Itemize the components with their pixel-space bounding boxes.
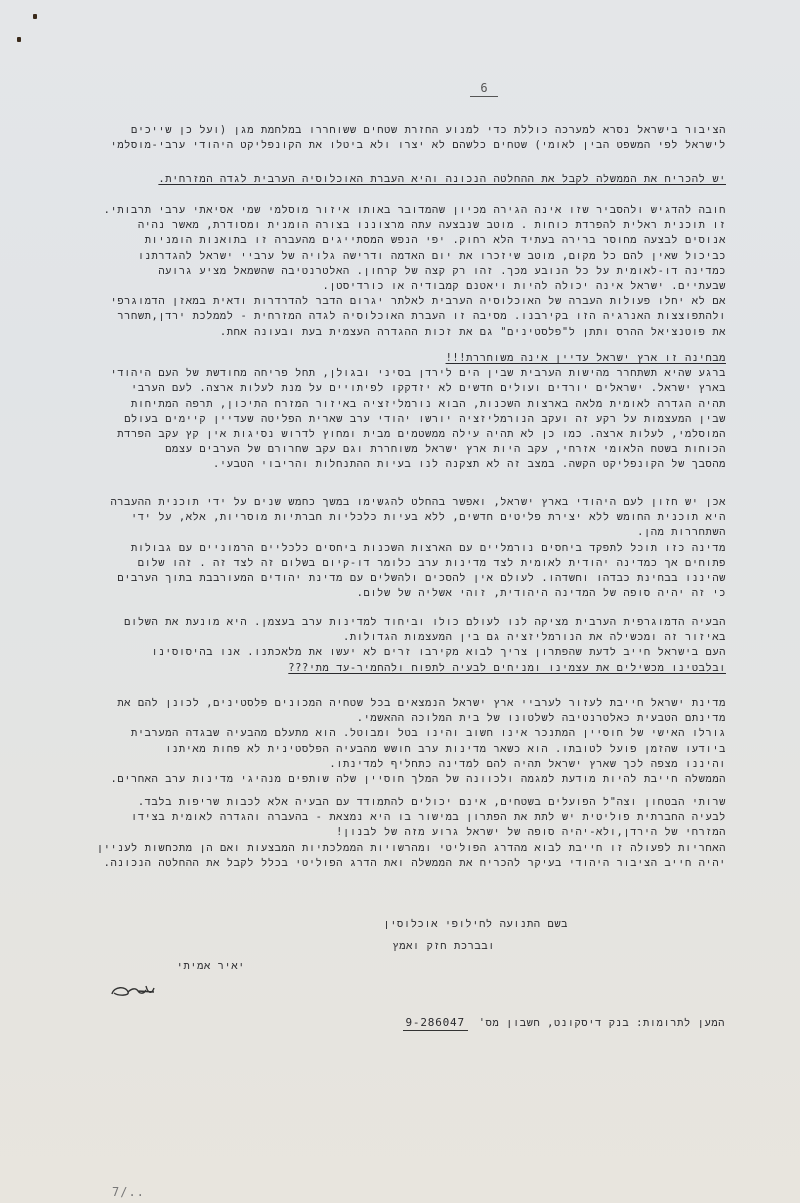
text-line: באיזור זה ומכשילה את הנורמליזציה גם בין … [80,630,726,645]
text-line: לישראל לפי המשפט הבין לאומי) שטחים כלשהם… [80,138,726,153]
text-line: שבעתיים. ישראל אינה יכולה להיות ויאטנם ק… [80,279,726,294]
text-line: היא תוכנית החומש ללא יצירת פליטים חדשים,… [80,510,726,525]
paragraph-6: הבעיה הדמוגרפית הערבית מציקה לנו לעולם כ… [80,615,726,676]
text-line: את פוטנציאל ההרס ותתן ל"פלסטינים" גם את … [80,325,726,340]
donation-label: המען לתרומות: בנק דיסקונט, חשבון מס' [479,1017,725,1029]
text-line: מדינתם הטבעית כאלטרנטיבה לשלטונו של בית … [80,711,726,726]
text-line: הבעיה הדמוגרפית הערבית מציקה לנו לעולם כ… [80,615,726,630]
text-line: יהיה חייב הציבור היהודי בעיקר להכריח את … [80,856,726,871]
text-line: המוסלמי, לעלות ארצה. כמו כן לא תהיה עילה… [80,427,726,442]
text-line: מדינה כזו תוכל לתפקד ביחסים נורמליים עם … [80,541,726,556]
text-line: חובה להדגיש ולהסביר שזו אינה הגירה מכיון… [80,203,726,218]
text-line: המזרחי של הירדן,ולא-יהיה סופה של ישראל ג… [80,825,726,840]
paragraph-4: מבחינה זו ארץ ישראל עדיין אינה משוחררת!!… [80,351,726,473]
document-page: 6 הציבור בישראל נסרא למערכה כוללת כדי למ… [0,0,800,1203]
text-line: הכוחות בשטח הלאומי אזרחי, עקב היות ארץ י… [80,442,726,457]
text-line: ברגע שהיא תשתחרר מהישות הערבית שבין הים … [80,366,726,381]
text-line: העם בישראל חייב לדעת שהפתרון צריך לבוא מ… [80,645,726,660]
paragraph-3: חובה להדגיש ולהסביר שזו אינה הגירה מכיון… [80,203,726,340]
text-line: והיננו מצפה לכך שארץ ישראל תהיה להם למדי… [80,757,726,772]
text-line: שהיננו בבחינת כבדהו וחשדהו. לעולם אין לה… [80,571,726,586]
paragraph-1: הציבור בישראל נסרא למערכה כוללת כדי למנו… [80,123,726,153]
continuation-marker: 7/.. [112,1185,145,1199]
text-line: האחריות לפעולה זו חייבת לבוא מהדרג הפולי… [80,841,726,856]
staple-mark-icon [17,37,21,42]
blessing-line: ובברכת חזק ואמץ [392,940,495,953]
text-line: ולהתפוצצות האנרגיה הזו בקירבנו. מסיבה זו… [80,309,726,324]
text-line: הממשלה חייבת להיות מודעת למגמה ולכוונה ש… [80,772,726,787]
paragraph-5: אכן יש חזון לעם היהודי בארץ ישראל, ואפשר… [80,495,726,601]
text-line: אנוסים לבצעה מחוסר ברירה בעתיד הלא רחוק.… [80,233,726,248]
section-heading: מבחינה זו ארץ ישראל עדיין אינה משוחררת!!… [80,351,726,366]
paragraph-2-underlined: יש להכריח את הממשלה לקבל את ההחלטה הנכונ… [80,172,726,187]
text-line: שרותי הבטחון וצה"ל הפועלים בשטחים, אינם … [80,795,726,810]
text-line: גורלו האישי של חוסיין המתנכר אינו חשוב ו… [80,726,726,741]
paragraph-7: מדינת ישראל חייבת לעזור לערביי ארץ ישראל… [80,696,726,787]
page-number: 6 [470,80,498,97]
text-line-underlined: ובלבטינו מכשילים את עצמינו ומניחים לבעיה… [80,661,726,676]
text-line: כביכול שאין להם כל מקום, מוטב שיזכרו את … [80,249,726,264]
donation-account-line: המען לתרומות: בנק דיסקונט, חשבון מס' 9-2… [403,1016,726,1031]
text-line: אכן יש חזון לעם היהודי בארץ ישראל, ואפשר… [80,495,726,510]
text-line: מדינת ישראל חייבת לעזור לערביי ארץ ישראל… [80,696,726,711]
text-line: כמדינה דו-לאומית על כל הנובע מכך. זהו רק… [80,264,726,279]
text-line: הציבור בישראל נסרא למערכה כוללת כדי למנו… [80,123,726,138]
staple-mark-icon [33,14,37,19]
text-line: בארץ ישראל. ישראלים יורדים ועולים חדשים … [80,381,726,396]
text-line: זו תוכנית ראלית להפרדת כוחות . מוטב שנבצ… [80,218,726,233]
text-line: שבין המעצמות על רקע זה ועקב הנורמליזציה … [80,412,726,427]
text-line: לבעיה החברתית פוליטית יש לתת את הפתרון ב… [80,810,726,825]
text-line: כי זה יהיה סופה של המדינה היהודית, זוהי … [80,586,726,601]
signer-name: יאיר אמיתי [177,960,245,973]
text-line: ביודעו שהזמן פועל לטובתו. הוא כשאר מדינו… [80,742,726,757]
paragraph-8: שרותי הבטחון וצה"ל הפועלים בשטחים, אינם … [80,795,726,871]
organization-line: בשם התנועה לחילופי אוכלוסין [383,918,568,931]
text-line: מהסבך של הקונפליקט הקשה. במצב זה לא תצקנ… [80,457,726,472]
text-line: תהיה הגדרה לאומית מלאה בארצות השכנות, הב… [80,397,726,412]
handwritten-signature-icon [108,980,160,1000]
heading-text: מבחינה זו ארץ ישראל עדיין אינה משוחררת!!… [446,352,726,364]
text-line: יש להכריח את הממשלה לקבל את ההחלטה הנכונ… [80,172,726,187]
text-line: פתוחים אך כמדינה יהודית לאומית לצד מדינו… [80,556,726,571]
account-number: 9-286047 [403,1016,468,1031]
text-line: השתחררות מהן. [80,525,726,540]
text-line: אם לא יחלו פעולות העברה של האוכלוסיה הער… [80,294,726,309]
